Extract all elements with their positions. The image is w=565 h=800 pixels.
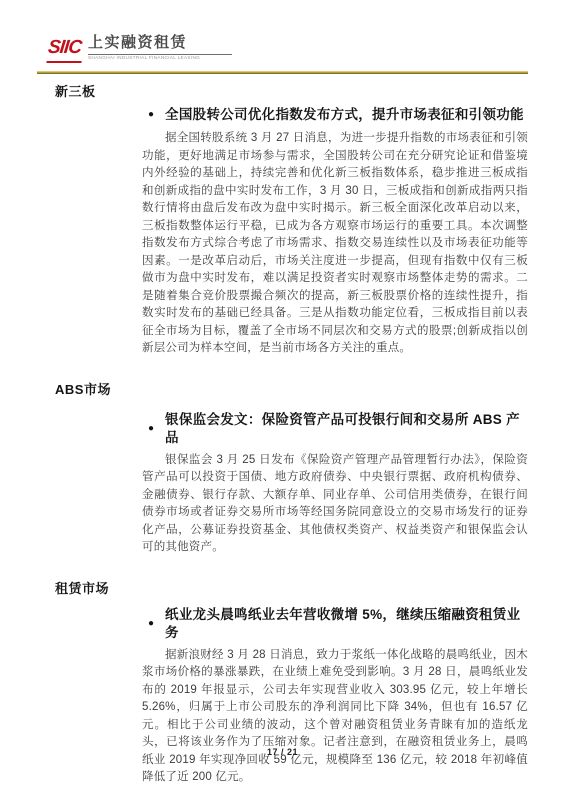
bullet-icon: ● xyxy=(148,616,154,632)
company-name-cn: 上实融资租赁 xyxy=(88,33,232,55)
news-item-title: 银保监会发文：保险资管产品可投银行间和交易所 ABS 产品 xyxy=(165,411,528,447)
section-heading: ABS市场 xyxy=(55,382,528,397)
news-item-header: ● 全国股转公司优化指数发布方式，提升市场表征和引领功能 xyxy=(148,106,528,124)
news-item-header: ● 纸业龙头晨鸣纸业去年营收微增 5%，继续压缩融资租赁业务 xyxy=(148,606,528,642)
siic-logo: SIIC 上实融资租赁 SHANGHAI INDUSTRIAL FINANCIA… xyxy=(48,33,528,65)
news-item-body: 银保监会 3 月 25 日发布《保险资产管理产品管理暂行办法》，保险资管产品可以… xyxy=(142,452,528,557)
news-item-title: 全国股转公司优化指数发布方式，提升市场表征和引领功能 xyxy=(165,106,524,124)
section-new-third-board: 新三板 ● 全国股转公司优化指数发布方式，提升市场表征和引领功能 据全国转股系统… xyxy=(37,84,528,358)
section-abs-market: ABS市场 ● 银保监会发文：保险资管产品可投银行间和交易所 ABS 产品 银保… xyxy=(37,382,528,557)
news-item-header: ● 银保监会发文：保险资管产品可投银行间和交易所 ABS 产品 xyxy=(148,411,528,447)
page-content: SIIC 上实融资租赁 SHANGHAI INDUSTRIAL FINANCIA… xyxy=(0,0,565,787)
news-item-body: 据全国转股系统 3 月 27 日消息，为进一步提升指数的市场表征和引领功能，更好… xyxy=(142,130,528,358)
section-heading: 新三板 xyxy=(55,84,528,99)
siic-logo-mark: SIIC xyxy=(46,33,84,63)
company-name-en: SHANGHAI INDUSTRIAL FINANCIAL LEASING xyxy=(88,56,200,61)
bullet-icon: ● xyxy=(148,107,154,123)
bullet-icon: ● xyxy=(148,421,154,437)
page-number: 17 / 21 xyxy=(0,747,565,757)
header-rule xyxy=(37,71,528,74)
news-item-title: 纸业龙头晨鸣纸业去年营收微增 5%，继续压缩融资租赁业务 xyxy=(165,606,528,642)
logo-text: 上实融资租赁 SHANGHAI INDUSTRIAL FINANCIAL LEA… xyxy=(88,33,232,62)
document-page: SIIC 上实融资租赁 SHANGHAI INDUSTRIAL FINANCIA… xyxy=(0,0,565,800)
section-heading: 租赁市场 xyxy=(55,581,528,596)
news-item-body: 据新浪财经 3 月 28 日消息，致力于浆纸一体化战略的晨鸣纸业，因木浆市场价格… xyxy=(142,647,528,787)
